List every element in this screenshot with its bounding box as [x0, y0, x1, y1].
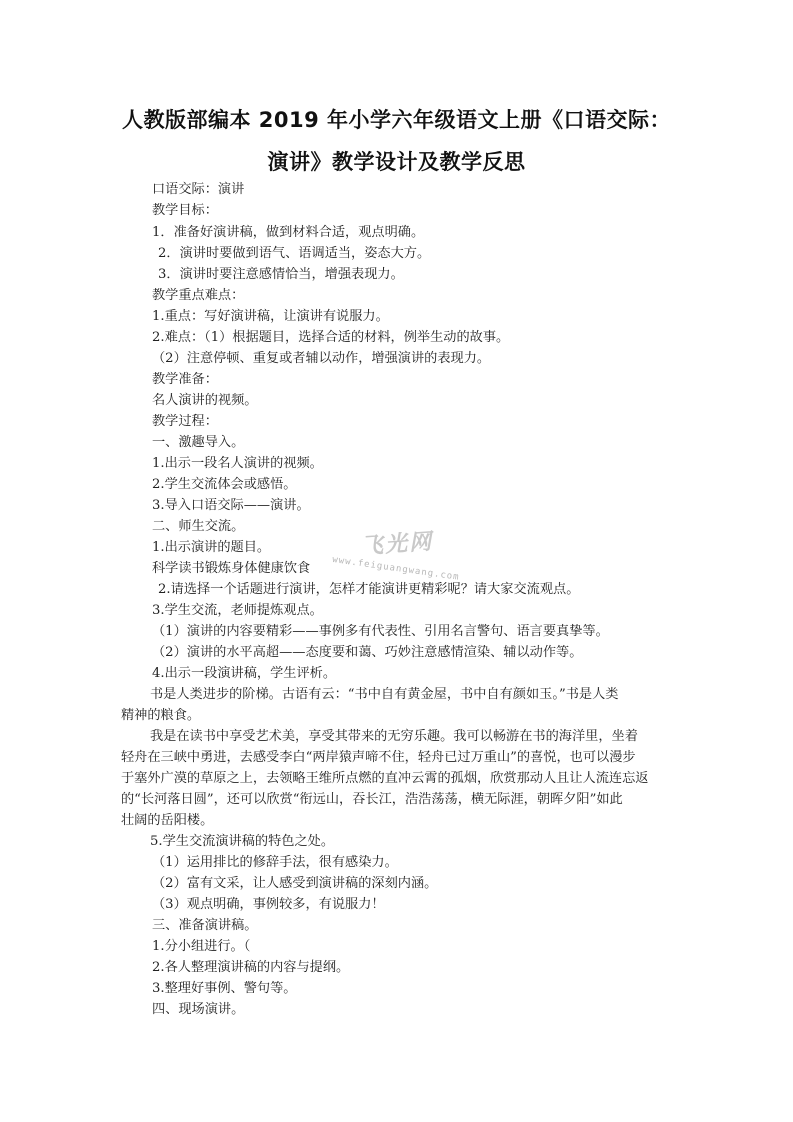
watermark-logo: 飞光网 — [360, 525, 434, 561]
text-line: 口语交际：演讲 — [152, 181, 244, 199]
watermark: 飞光网 www.feiguangwang.com — [333, 527, 483, 581]
document-title-line-1: 人教版部编本 2019 年小学六年级语文上册《口语交际： — [0, 104, 793, 134]
text-line: 3．演讲时要注意感情恰当，增强表现力。 — [158, 266, 404, 284]
text-line: 教学重点难点： — [152, 287, 244, 305]
text-line: 5.学生交流演讲稿的特色之处。 — [150, 833, 334, 851]
text-line: 2.请选择一个话题进行演讲，怎样才能演讲更精彩呢？请大家交流观点。 — [158, 581, 579, 599]
text-line: 2.各人整理演讲稿的内容与提纲。 — [152, 959, 349, 977]
text-line: 轻舟在三峡中勇进，去感受李白“两岸猿声啼不住，轻舟已过万重山”的喜悦，也可以漫步 — [121, 749, 636, 767]
text-line: 1.分小组进行。（ — [152, 938, 250, 956]
text-line: 于塞外广漠的草原之上，去领略王维所点燃的直冲云霄的孤烟，欣赏那动人且让人流连忘返 — [121, 770, 649, 788]
text-line: 名人演讲的视频。 — [152, 392, 258, 410]
text-line: 壮阔的岳阳楼。 — [121, 812, 213, 830]
text-line: 二、师生交流。 — [152, 518, 244, 536]
text-line: 三、准备演讲稿。 — [152, 917, 258, 935]
text-line: 3.学生交流，老师提炼观点。 — [152, 602, 323, 620]
text-line: 的“长河落日圆”，还可以欣赏“衔远山，吞长江，浩浩荡荡，横无际涯，朝晖夕阳”如此 — [121, 791, 623, 809]
text-line: 教学过程： — [152, 413, 218, 431]
text-line: （3）观点明确，事例较多，有说服力！ — [152, 896, 385, 914]
text-line: （1）运用排比的修辞手法，很有感染力。 — [152, 854, 398, 872]
document-page: 人教版部编本 2019 年小学六年级语文上册《口语交际： 演讲》教学设计及教学反… — [0, 0, 793, 1122]
text-line: 3.导入口语交际——演讲。 — [152, 497, 310, 515]
text-line: （1）演讲的内容要精彩——事例多有代表性、引用名言警句、语言要真挚等。 — [152, 623, 609, 641]
text-line: 2．演讲时要做到语气、语调适当，姿态大方。 — [158, 245, 430, 263]
watermark-url: www.feiguangwang.com — [332, 555, 461, 583]
document-title-line-2: 演讲》教学设计及教学反思 — [0, 146, 793, 176]
text-line: 科学读书锻炼身体健康饮食 — [152, 560, 310, 578]
text-line: 1.出示演讲的题目。 — [152, 539, 270, 557]
text-line: 4.出示一段演讲稿，学生评析。 — [152, 665, 336, 683]
text-line: 1.重点：写好演讲稿，让演讲有说服力。 — [152, 308, 389, 326]
text-line: （2）注意停顿、重复或者辅以动作，增强演讲的表现力。 — [152, 350, 490, 368]
text-line: 1.出示一段名人演讲的视频。 — [152, 455, 323, 473]
text-line: 3.整理好事例、警句等。 — [152, 980, 296, 998]
text-line: 精神的粮食。 — [121, 707, 200, 725]
text-line: （2）演讲的水平高超——态度要和蔼、巧妙注意感情渲染、辅以动作等。 — [152, 644, 582, 662]
text-line: 一、激趣导入。 — [152, 434, 244, 452]
text-line: 教学目标： — [152, 202, 218, 220]
text-line: 四、现场演讲。 — [152, 1001, 244, 1019]
text-line: 2.学生交流体会或感悟。 — [152, 476, 296, 494]
text-line: （2）富有文采，让人感受到演讲稿的深刻内涵。 — [152, 875, 437, 893]
text-line: 2.难点：（1）根据题目，选择合适的材料，例举生动的故事。 — [152, 329, 509, 347]
text-line: 书是人类进步的阶梯。古语有云：“书中自有黄金屋，书中自有颜如玉。”书是人类 — [150, 686, 618, 704]
text-line: 1．准备好演讲稿，做到材料合适，观点明确。 — [152, 224, 424, 242]
text-line: 我是在读书中享受艺术美，享受其带来的无穷乐趣。我可以畅游在书的海洋里，坐着 — [150, 728, 638, 746]
text-line: 教学准备： — [152, 371, 218, 389]
